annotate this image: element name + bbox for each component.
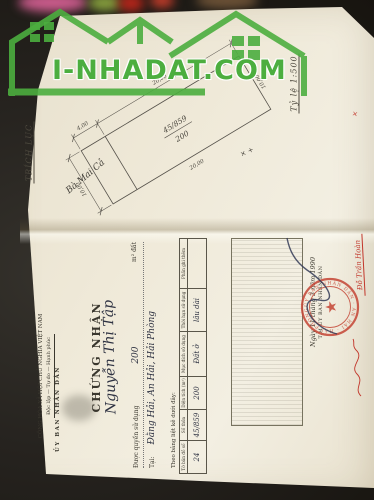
watermark-text: I-NHADAT.COM xyxy=(52,55,287,86)
scale-label: Tỷ lệ 1:500 xyxy=(290,52,299,116)
official-red-stamp: ★ ỦY BAN NHÂN DÂN · AN HẢI · HẢI PHÒNG · xyxy=(35,279,358,482)
plot-strip-divider xyxy=(105,136,137,189)
stamp-and-signature-layer: ★ ỦY BAN NHÂN DÂN · AN HẢI · HẢI PHÒNG · xyxy=(35,232,374,482)
stamp-star-icon: ★ xyxy=(322,300,340,313)
land-plot-sketch: 4,00 20,00 10,00 10,00 20,00 45/859 200 xyxy=(0,0,374,240)
certificate-form: CỘNG HÒA XÃ HỘI CHỦ NGHĨA VIỆT NAM Độc l… xyxy=(35,232,374,482)
plot-area: 200 xyxy=(173,129,191,145)
red-annotation-scribble xyxy=(353,339,361,396)
dim-top-left-segment: 4,00 xyxy=(75,120,90,132)
dim-bottom: 20,00 xyxy=(188,158,206,172)
stamp-ring-text: ỦY BAN NHÂN DÂN · AN HẢI · HẢI PHÒNG · xyxy=(35,279,357,482)
trich-luc-title: TRÍCH LỤC xyxy=(25,118,34,188)
photo-of-land-certificate: 4,00 20,00 10,00 10,00 20,00 45/859 200 … xyxy=(0,0,374,500)
svg-text:ỦY BAN NHÂN DÂN · AN HẢI · HẢI: ỦY BAN NHÂN DÂN · AN HẢI · HẢI PHÒNG · xyxy=(35,279,357,482)
